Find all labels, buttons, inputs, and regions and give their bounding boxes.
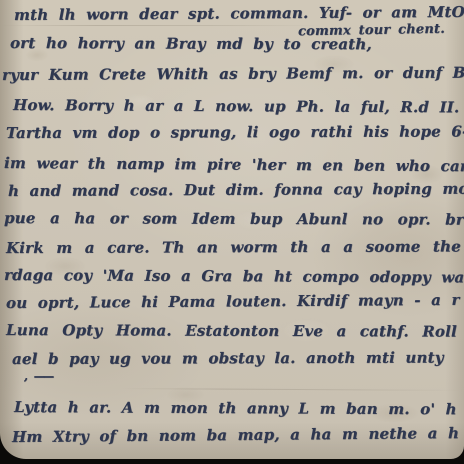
handwriting-line: Kirk m a care. Th an worm th a a soome t…	[6, 237, 464, 257]
handwriting-line: ryur Kum Crete Whith as bry Bemf m. or d…	[2, 63, 464, 84]
handwriting-block: mth lh worn dear spt. comman. Yuf- or am…	[0, 0, 464, 459]
handwriting-line: pue a ha or som Idem bup Abunl no opr. b…	[4, 209, 464, 229]
handwriting-line: ael b pay ug vou m obstay la. anoth mti …	[12, 348, 444, 368]
handwriting-line: Luna Opty Homa. Estatonton Eve a cathf. …	[6, 321, 464, 341]
handwriting-line: Tartha vm dop o sprung, li ogo rathi his…	[6, 122, 464, 142]
handwriting-line: rdaga coy 'Ma Iso a Gra ba ht compo odop…	[4, 266, 464, 287]
handwriting-insertion: commx tour chent.	[298, 22, 445, 40]
margin-mark: , ——	[24, 370, 53, 383]
letter-paper: mth lh worn dear spt. comman. Yuf- or am…	[0, 0, 464, 459]
handwriting-line: Hm Xtry of bn nom ba map, a ha m nethe a…	[12, 423, 464, 446]
handwriting-line: h and mand cosa. Dut dim. fonna cay hopi…	[8, 179, 464, 200]
handwriting-line: Lytta h ar. A m mon th anny L m ban m. o…	[14, 398, 464, 419]
letter-photo: mth lh worn dear spt. comman. Yuf- or am…	[0, 0, 464, 464]
handwriting-line: How. Borry h ar a L now. up Ph. la ful, …	[13, 96, 464, 116]
handwriting-line: ou oprt, Luce hi Pama louten. Kirdif may…	[6, 290, 464, 312]
handwriting-line: im wear th namp im pire 'her m en ben wh…	[4, 154, 464, 176]
handwriting-line: mth lh worn dear spt. comman. Yuf- or am…	[14, 2, 464, 24]
